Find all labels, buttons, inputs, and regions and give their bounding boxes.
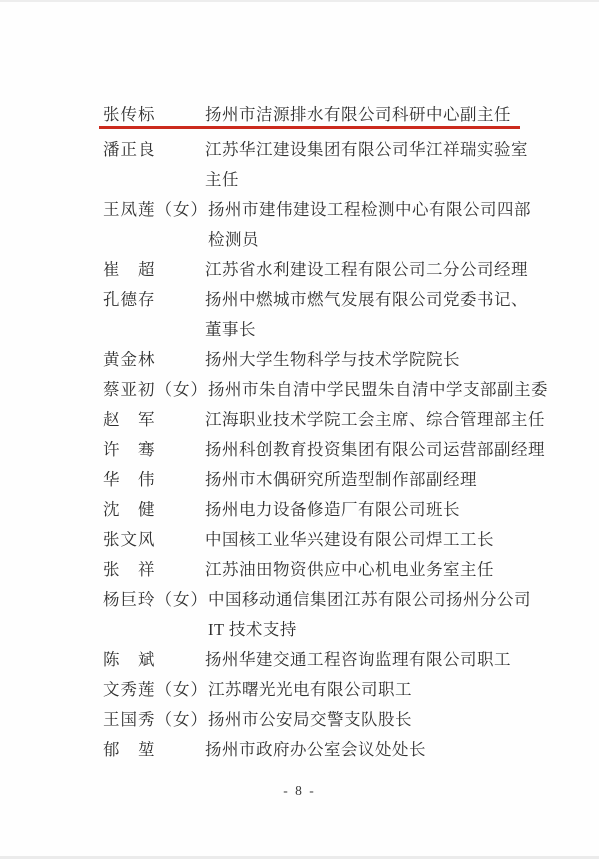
entry-title-line: 扬州市公安局交警支队股长: [208, 705, 543, 735]
entry-title: 扬州市建伟建设工程检测中心有限公司四部检测员: [208, 195, 543, 255]
entry-title: 扬州中燃城市燃气发展有限公司党委书记、董事长: [205, 285, 543, 345]
entry-title-line: 扬州市木偶研究所造型制作部副经理: [205, 465, 543, 495]
entry-name: 文秀莲（女）: [103, 675, 208, 705]
entry-row: 沈 健 扬州电力设备修造厂有限公司班长: [103, 495, 543, 525]
entry-row: 张文风 中国核工业华兴建设有限公司焊工工长: [103, 525, 543, 555]
document-page: 张传标 扬州市洁源排水有限公司科研中心副主任 潘正良 江苏华江建设集团有限公司华…: [0, 0, 599, 859]
entry-title: 扬州市公安局交警支队股长: [208, 705, 543, 735]
entry-title-line: 江苏曙光光电有限公司职工: [208, 675, 543, 705]
entry-name: 王国秀（女）: [103, 705, 208, 735]
scan-edge-top: [0, 0, 599, 2]
entry-name: 崔 超: [103, 255, 205, 285]
entry-name: 华 伟: [103, 465, 205, 495]
entry-title: 扬州华建交通工程咨询监理有限公司职工: [205, 645, 543, 675]
entry-row: 杨巨玲（女） 中国移动通信集团江苏有限公司扬州分公司IT 技术支持: [103, 585, 543, 645]
entry-name: 张 祥: [103, 555, 205, 585]
entry-row: 张 祥 江苏油田物资供应中心机电业务室主任: [103, 555, 543, 585]
entry-title: 中国核工业华兴建设有限公司焊工工长: [205, 525, 543, 555]
entry-row: 华 伟 扬州市木偶研究所造型制作部副经理: [103, 465, 543, 495]
entry-title-line: 扬州中燃城市燃气发展有限公司党委书记、: [205, 285, 543, 315]
entry-title-line: 中国核工业华兴建设有限公司焊工工长: [205, 525, 543, 555]
entry-title-line: 扬州市朱自清中学民盟朱自清中学支部副主委: [208, 375, 548, 405]
entry-row: 孔德存 扬州中燃城市燃气发展有限公司党委书记、董事长: [103, 285, 543, 345]
entry-title-line: 江海职业技术学院工会主席、综合管理部主任: [205, 405, 545, 435]
entry-title: 江苏省水利建设工程有限公司二分公司经理: [205, 255, 543, 285]
entry-title-line: IT 技术支持: [208, 615, 543, 645]
entry-title: 江苏华江建设集团有限公司华江祥瑞实验室主任: [205, 135, 543, 195]
entry-name: 蔡亚初（女）: [103, 375, 208, 405]
entry-name: 孔德存: [103, 285, 205, 315]
entry-name: 赵 军: [103, 405, 205, 435]
entry-title: 扬州科创教育投资集团有限公司运营部副经理: [205, 435, 545, 465]
entry-name: 沈 健: [103, 495, 205, 525]
entry-title: 扬州电力设备修造厂有限公司班长: [205, 495, 543, 525]
entry-title-line: 主任: [205, 165, 543, 195]
entry-row: 黄金林 扬州大学生物科学与技术学院院长: [103, 345, 543, 375]
entry-name: 郁 堃: [103, 735, 205, 765]
entry-title: 江海职业技术学院工会主席、综合管理部主任: [205, 405, 545, 435]
entry-title-line: 扬州市政府办公室会议处处长: [205, 735, 543, 765]
entry-name: 王凤莲（女）: [103, 195, 208, 225]
entry-row: 赵 军 江海职业技术学院工会主席、综合管理部主任: [103, 405, 543, 435]
entry-title-line: 中国移动通信集团江苏有限公司扬州分公司: [208, 585, 543, 615]
entry-title: 江苏曙光光电有限公司职工: [208, 675, 543, 705]
entry-title-line: 董事长: [205, 315, 543, 345]
entry-title: 中国移动通信集团江苏有限公司扬州分公司IT 技术支持: [208, 585, 543, 645]
entry-title-line: 扬州市建伟建设工程检测中心有限公司四部: [208, 195, 543, 225]
entry-title: 扬州市政府办公室会议处处长: [205, 735, 543, 765]
entry-name: 杨巨玲（女）: [103, 585, 208, 615]
entry-name: 黄金林: [103, 345, 205, 375]
entry-title: 扬州市木偶研究所造型制作部副经理: [205, 465, 543, 495]
entry-row: 文秀莲（女） 江苏曙光光电有限公司职工: [103, 675, 543, 705]
entry-row: 张传标 扬州市洁源排水有限公司科研中心副主任: [103, 100, 543, 130]
entry-title: 扬州市朱自清中学民盟朱自清中学支部副主委: [208, 375, 548, 405]
entry-row: 许 骞 扬州科创教育投资集团有限公司运营部副经理: [103, 435, 543, 465]
entry-row: 崔 超 江苏省水利建设工程有限公司二分公司经理: [103, 255, 543, 285]
red-underline: [99, 126, 520, 129]
entry-title-line: 江苏华江建设集团有限公司华江祥瑞实验室: [205, 135, 543, 165]
entry-title: 江苏油田物资供应中心机电业务室主任: [205, 555, 543, 585]
entry-row: 蔡亚初（女） 扬州市朱自清中学民盟朱自清中学支部副主委: [103, 375, 543, 405]
entry-title-line: 检测员: [208, 225, 543, 255]
entry-title-line: 扬州华建交通工程咨询监理有限公司职工: [205, 645, 543, 675]
entry-title-line: 扬州电力设备修造厂有限公司班长: [205, 495, 543, 525]
entry-title-line: 江苏油田物资供应中心机电业务室主任: [205, 555, 543, 585]
entry-row: 潘正良 江苏华江建设集团有限公司华江祥瑞实验室主任: [103, 135, 543, 195]
entry-list: 张传标 扬州市洁源排水有限公司科研中心副主任 潘正良 江苏华江建设集团有限公司华…: [103, 100, 543, 765]
page-number: - 8 -: [0, 783, 599, 799]
entry-row: 郁 堃 扬州市政府办公室会议处处长: [103, 735, 543, 765]
entry-title-line: 扬州科创教育投资集团有限公司运营部副经理: [205, 435, 545, 465]
entry-title-line: 扬州大学生物科学与技术学院院长: [205, 345, 543, 375]
entry-name: 潘正良: [103, 135, 205, 165]
entry-name: 许 骞: [103, 435, 205, 465]
entry-row: 王凤莲（女） 扬州市建伟建设工程检测中心有限公司四部检测员: [103, 195, 543, 255]
entry-name: 陈 斌: [103, 645, 205, 675]
entry-title: 扬州大学生物科学与技术学院院长: [205, 345, 543, 375]
entry-row: 陈 斌 扬州华建交通工程咨询监理有限公司职工: [103, 645, 543, 675]
entry-row: 王国秀（女） 扬州市公安局交警支队股长: [103, 705, 543, 735]
entry-title-line: 江苏省水利建设工程有限公司二分公司经理: [205, 255, 543, 285]
entry-name: 张文风: [103, 525, 205, 555]
